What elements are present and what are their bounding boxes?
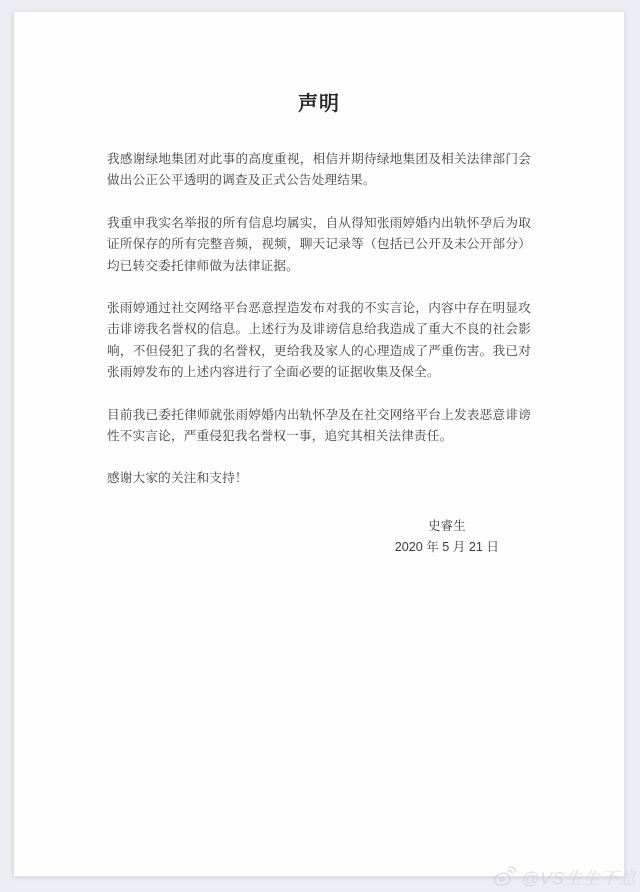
paragraph-defamation-claim: 张雨婷通过社交网络平台恶意捏造发布对我的不实言论，内容中存在明显攻击诽谤我名誉权… xyxy=(107,298,531,384)
paragraph-thanks-support: 感谢大家的关注和支持！ xyxy=(107,468,531,489)
paragraph-legal-action: 目前我已委托律师就张雨婷婚内出轨怀孕及在社交网络平台上发表恶意诽谤性不实言论，严… xyxy=(107,405,531,448)
signature-block: 史睿生 2020 年 5 月 21 日 xyxy=(395,516,499,559)
signature-name: 史睿生 xyxy=(395,516,499,537)
paragraph-evidence-to-lawyer: 我重申我实名举报的所有信息均属实，自从得知张雨婷婚内出轨怀孕后为取证所保存的所有… xyxy=(107,213,531,277)
paragraph-thanks-greenland: 我感谢绿地集团对此事的高度重视，相信并期待绿地集团及相关法律部门会做出公正公平透… xyxy=(107,149,531,192)
signature-date: 2020 年 5 月 21 日 xyxy=(395,537,499,558)
document-title: 声明 xyxy=(107,91,531,117)
statement-document: 声明 我感谢绿地集团对此事的高度重视，相信并期待绿地集团及相关法律部门会做出公正… xyxy=(13,11,625,877)
